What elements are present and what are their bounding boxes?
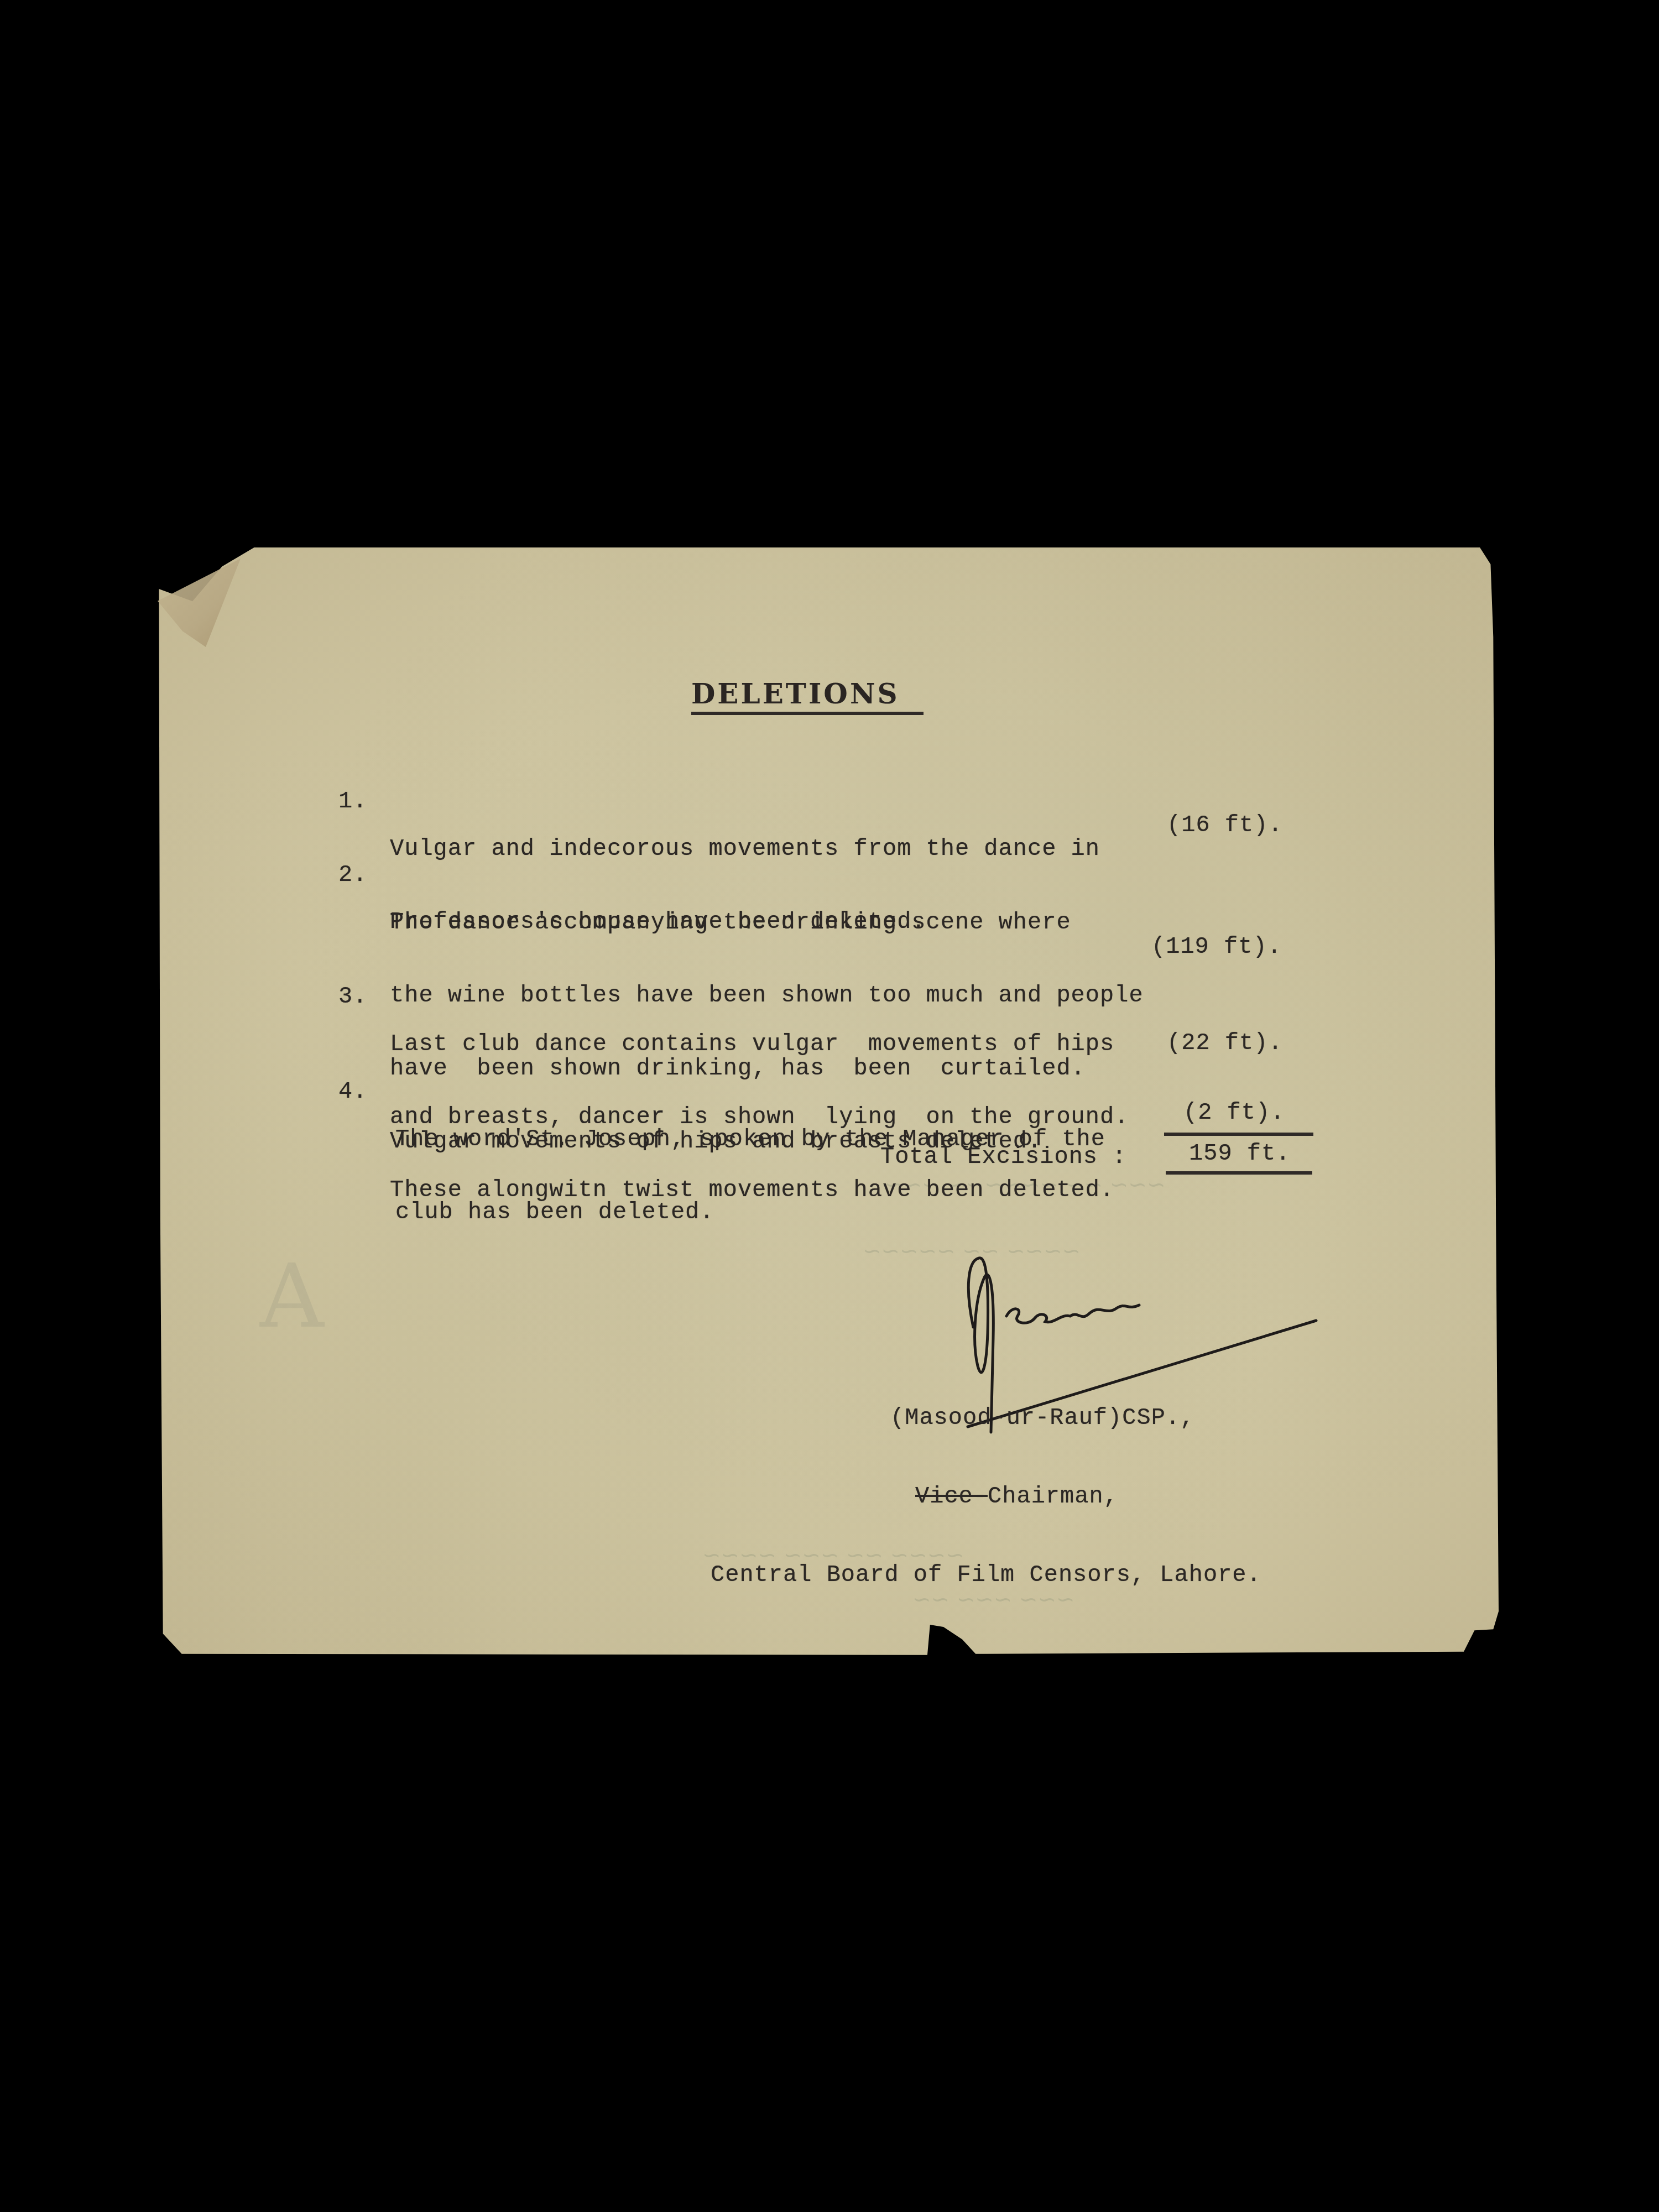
- signatory-title-text: Chairman,: [988, 1483, 1118, 1510]
- document-title: DELETIONS: [691, 677, 900, 710]
- signatory-name: (Masood-ur-Rauf)CSP.,: [711, 1405, 1261, 1431]
- item-number: 2.: [338, 862, 367, 888]
- signatory-organization: Central Board of Film Censors, Lahore.: [711, 1562, 1261, 1588]
- signatory-title: Vice-Chairman,: [711, 1484, 1261, 1509]
- subtotal-rule: [1164, 1133, 1313, 1136]
- title-underline: [691, 712, 924, 715]
- total-value: 159 ft.: [1189, 1140, 1290, 1167]
- item-line: Vulgar and indecorous movements from the…: [390, 837, 1100, 861]
- item-amount: (119 ft).: [1151, 933, 1282, 960]
- struck-text: Vice-: [915, 1483, 988, 1510]
- item-line: The dance accompanying the drinking scen…: [390, 910, 1144, 935]
- total-double-rule: [1166, 1171, 1312, 1175]
- item-amount: (16 ft).: [1167, 812, 1283, 838]
- item-number: 3.: [338, 983, 367, 1010]
- item-number: 1.: [338, 788, 367, 815]
- bleed-through-mark: A: [260, 1244, 324, 1348]
- item-line: club has been deleted.: [395, 1200, 1105, 1224]
- signatory-block: (Masood-ur-Rauf)CSP., Vice-Chairman, Cen…: [711, 1352, 1261, 1614]
- total-label: Total Excisions :: [880, 1144, 1126, 1170]
- item-amount: (22 ft).: [1167, 1030, 1283, 1056]
- item-amount: (2 ft).: [1183, 1099, 1285, 1126]
- item-line: Last club dance contains vulgar movement…: [390, 1032, 1129, 1056]
- item-number: 4.: [338, 1078, 367, 1105]
